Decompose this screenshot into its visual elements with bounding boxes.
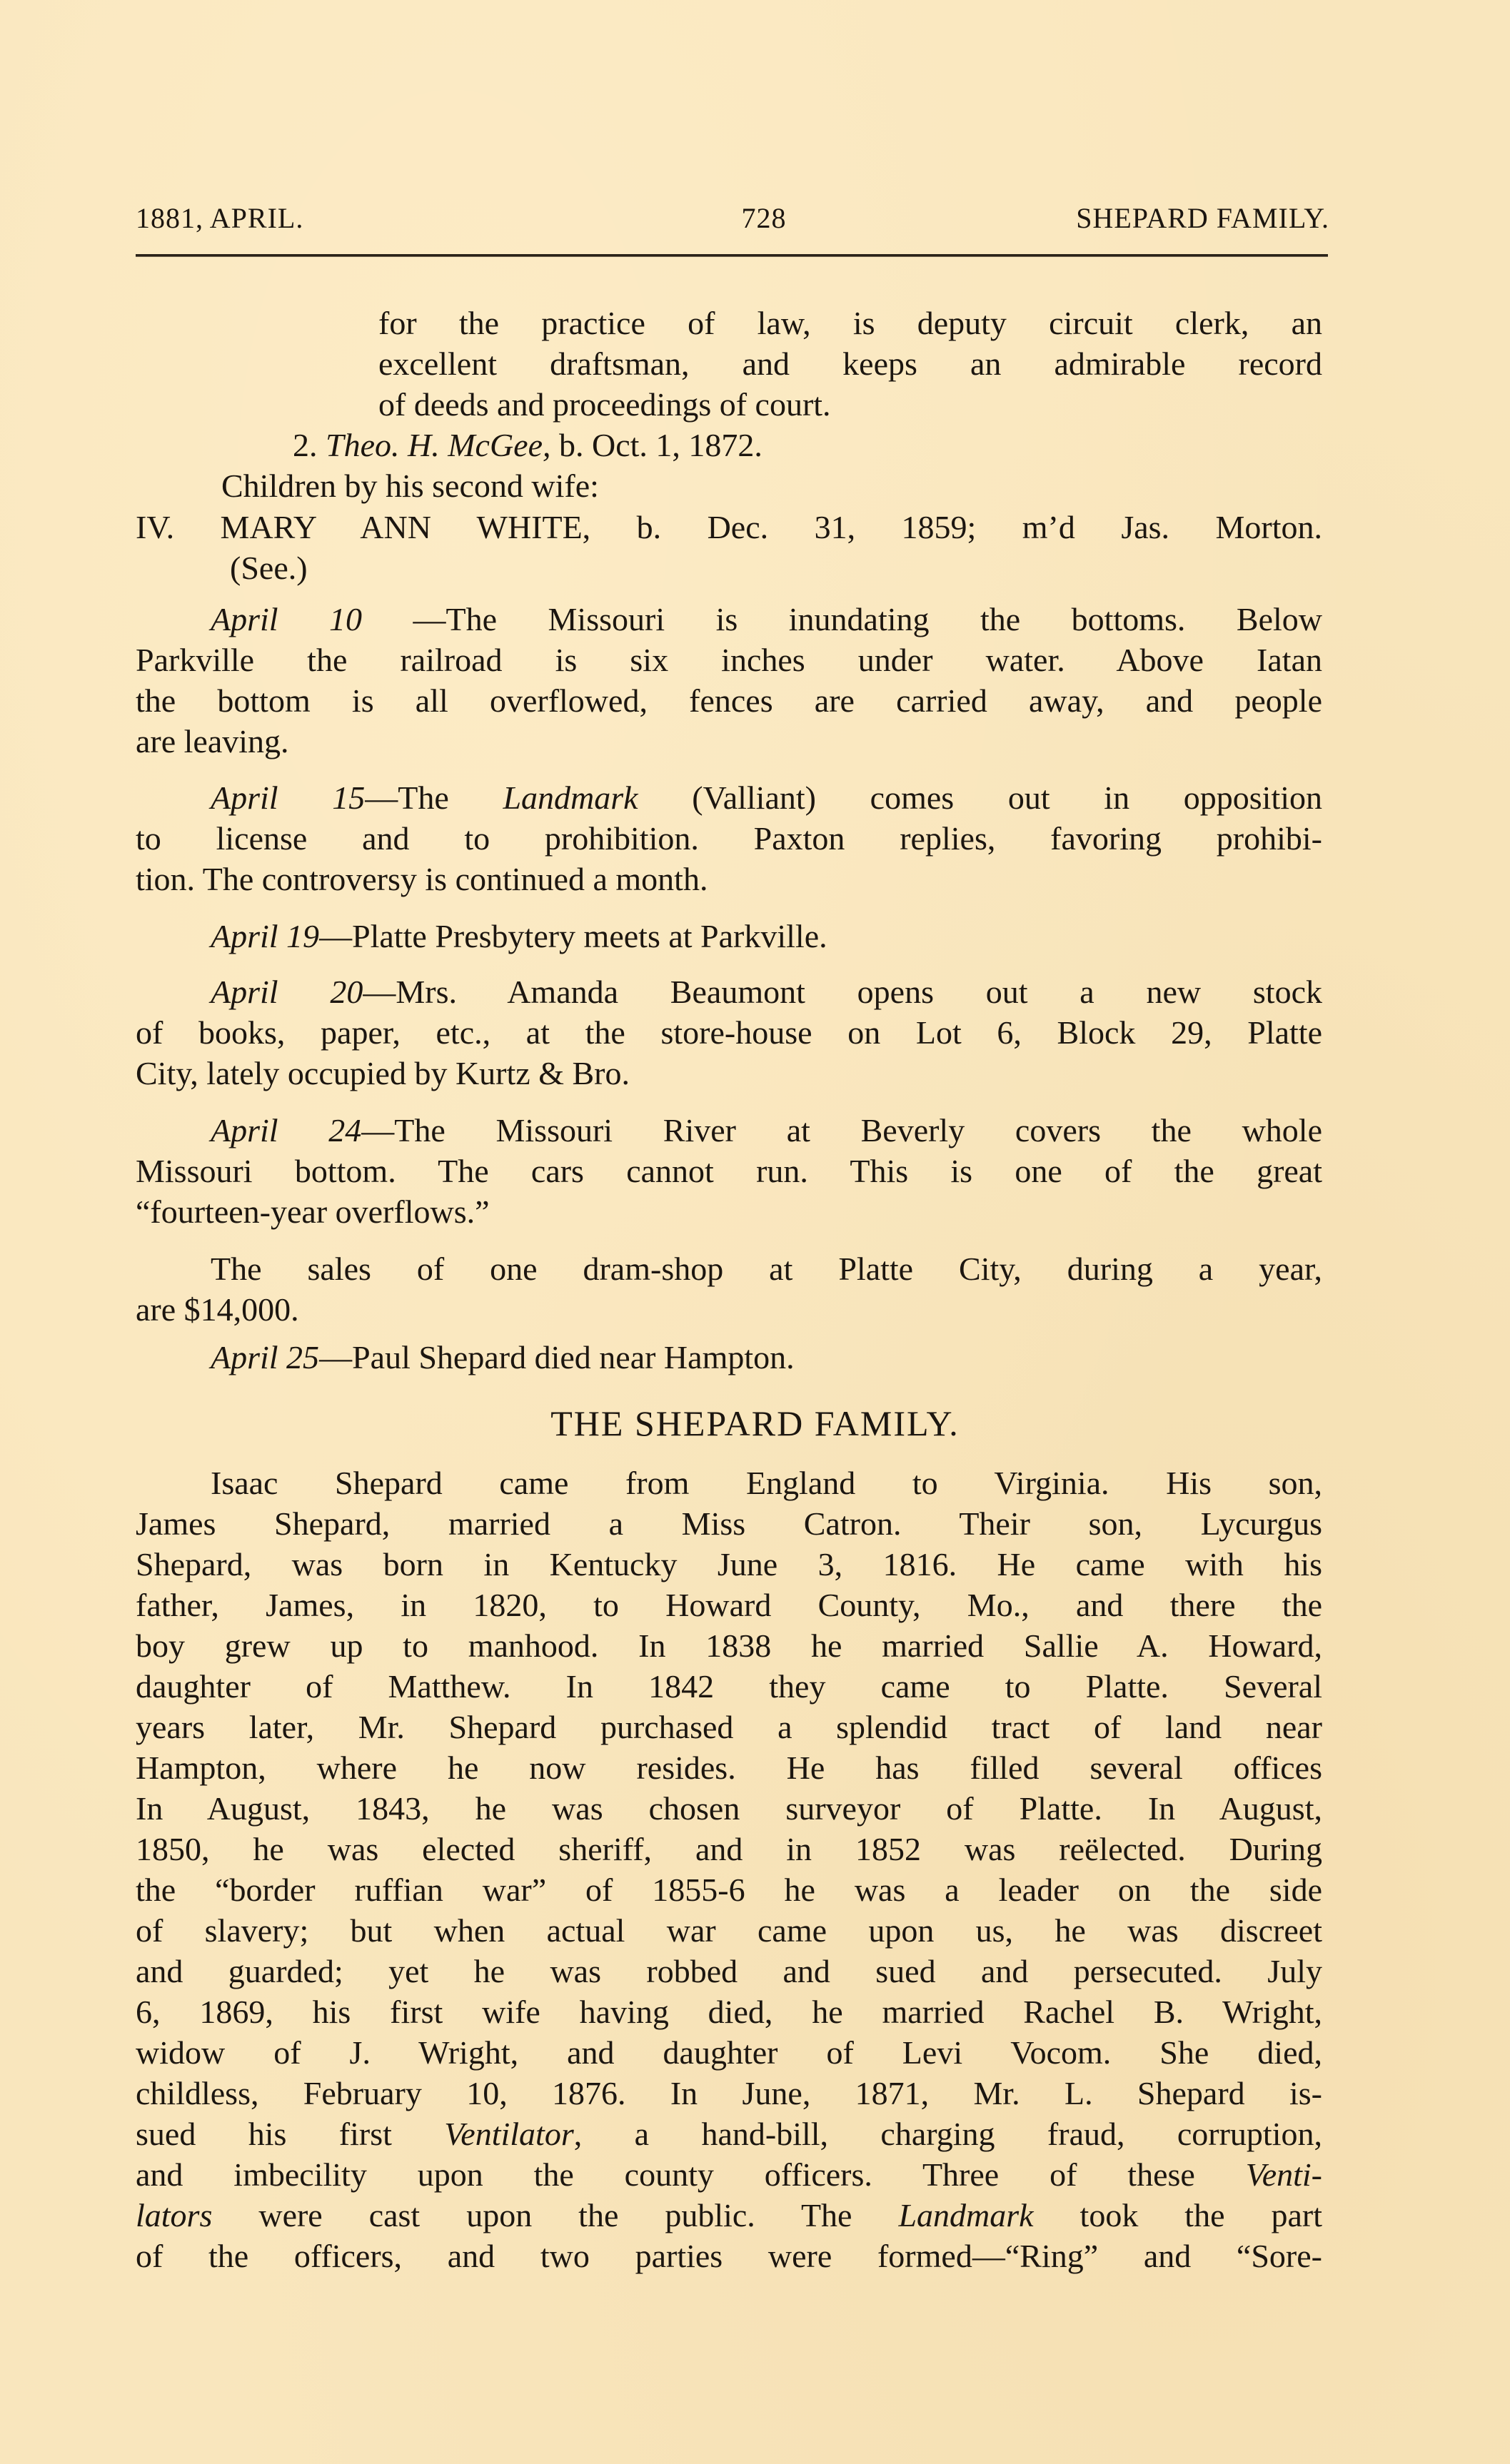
entry-date: April 25 bbox=[211, 1339, 319, 1375]
section-text-line: boy grew up to manhood. In 1838 he marri… bbox=[136, 1626, 1322, 1666]
entry-date: April 10 bbox=[211, 601, 362, 637]
child-entry: 2. Theo. H. McGee, b. Oct. 1, 1872. bbox=[293, 425, 762, 465]
pamphlet-name: Ventilator bbox=[444, 2116, 573, 2152]
section-text-line: 6, 1869, his first wife having died, he … bbox=[136, 1992, 1322, 2032]
entry-april-19-line: April 19—Platte Presbytery meets at Park… bbox=[211, 917, 1322, 956]
entry-date: April 24 bbox=[211, 1112, 361, 1148]
section-text-line: years later, Mr. Shepard purchased a spl… bbox=[136, 1707, 1322, 1747]
section-text-line: the “border ruffian war” of 1855-6 he wa… bbox=[136, 1870, 1322, 1910]
entry-april-15-line: April 15—The Landmark (Valliant) comes o… bbox=[211, 778, 1322, 818]
section-text-line: father, James, in 1820, to Howard County… bbox=[136, 1585, 1322, 1625]
section-text-line: James Shepard, married a Miss Catron. Th… bbox=[136, 1504, 1322, 1544]
text-line: tion. The controversy is continued a mon… bbox=[136, 859, 1322, 899]
page-number: 728 bbox=[728, 201, 800, 235]
child-name: Theo. H. McGee, bbox=[326, 427, 551, 463]
entry-april-24-line: April 24—The Missouri River at Beverly c… bbox=[211, 1111, 1322, 1151]
section-text-line: lators were cast upon the public. The La… bbox=[136, 2196, 1322, 2236]
section-text-line: and guarded; yet he was robbed and sued … bbox=[136, 1951, 1322, 1991]
section-text-line: daughter of Matthew. In 1842 they came t… bbox=[136, 1667, 1322, 1707]
text-line: are leaving. bbox=[136, 722, 1322, 762]
running-header: 1881, APRIL. 728 SHEPARD FAMILY. bbox=[136, 201, 1329, 244]
text-line: of deeds and proceedings of court. bbox=[378, 385, 1322, 425]
section-text-line: childless, February 10, 1876. In June, 1… bbox=[136, 2074, 1322, 2114]
pamphlet-name: Venti- bbox=[1246, 2156, 1322, 2193]
child-number: 2. bbox=[293, 427, 318, 463]
section-title: THE SHEPARD FAMILY. bbox=[0, 1403, 1510, 1444]
entry-april-10-line: April 10 —The Missouri is inundating the… bbox=[211, 600, 1322, 640]
text-line: for the practice of law, is deputy circu… bbox=[378, 303, 1322, 343]
section-text-line: In August, 1843, he was chosen surveyor … bbox=[136, 1789, 1322, 1829]
see-reference: (See.) bbox=[230, 548, 308, 588]
newspaper-name: Landmark bbox=[898, 2197, 1033, 2233]
book-page: 1881, APRIL. 728 SHEPARD FAMILY. for the… bbox=[0, 0, 1510, 2464]
text-line: the bottom is all overflowed, fences are… bbox=[136, 681, 1322, 721]
entry-date: April 15 bbox=[211, 779, 365, 816]
text-line: to license and to prohibition. Paxton re… bbox=[136, 819, 1322, 859]
newspaper-name: Landmark bbox=[503, 779, 638, 816]
text-line: are $14,000. bbox=[136, 1290, 1322, 1330]
text-line: excellent draftsman, and keeps an admira… bbox=[378, 344, 1322, 384]
section-text-line: Isaac Shepard came from England to Virgi… bbox=[211, 1463, 1322, 1503]
header-date: 1881, APRIL. bbox=[136, 201, 303, 235]
section-text-line: Hampton, where he now resides. He has fi… bbox=[136, 1748, 1322, 1788]
section-text-line: and imbecility upon the county officers.… bbox=[136, 2155, 1322, 2195]
section-text-line: Shepard, was born in Kentucky June 3, 18… bbox=[136, 1545, 1322, 1585]
mary-entry-line: IV. MARY ANN WHITE, b. Dec. 31, 1859; m’… bbox=[136, 508, 1322, 547]
entry-april-20-line: April 20—Mrs. Amanda Beaumont opens out … bbox=[211, 972, 1322, 1012]
text-line: Parkville the railroad is six inches und… bbox=[136, 640, 1322, 680]
header-rule bbox=[136, 254, 1328, 257]
section-text-line: 1850, he was elected sheriff, and in 185… bbox=[136, 1829, 1322, 1869]
text-line: City, lately occupied by Kurtz & Bro. bbox=[136, 1054, 1322, 1094]
section-text-line: sued his first Ventilator, a hand-bill, … bbox=[136, 2114, 1322, 2154]
text-line: Missouri bottom. The cars cannot run. Th… bbox=[136, 1151, 1322, 1191]
entry-april-25-line: April 25—Paul Shepard died near Hampton. bbox=[211, 1338, 1322, 1378]
section-text-line: of the officers, and two parties were fo… bbox=[136, 2236, 1322, 2276]
header-title: SHEPARD FAMILY. bbox=[1076, 201, 1329, 235]
text-line: of books, paper, etc., at the store-hous… bbox=[136, 1013, 1322, 1053]
entry-date: April 19 bbox=[211, 918, 319, 954]
text-line: “fourteen-year overflows.” bbox=[136, 1192, 1322, 1232]
section-text-line: widow of J. Wright, and daughter of Levi… bbox=[136, 2033, 1322, 2073]
child-birth: b. Oct. 1, 1872. bbox=[551, 427, 762, 463]
dram-shop-line: The sales of one dram-shop at Platte Cit… bbox=[211, 1249, 1322, 1289]
second-wife-heading: Children by his second wife: bbox=[221, 466, 599, 506]
section-text-line: of slavery; but when actual war came upo… bbox=[136, 1911, 1322, 1951]
entry-date: April 20 bbox=[211, 974, 363, 1010]
